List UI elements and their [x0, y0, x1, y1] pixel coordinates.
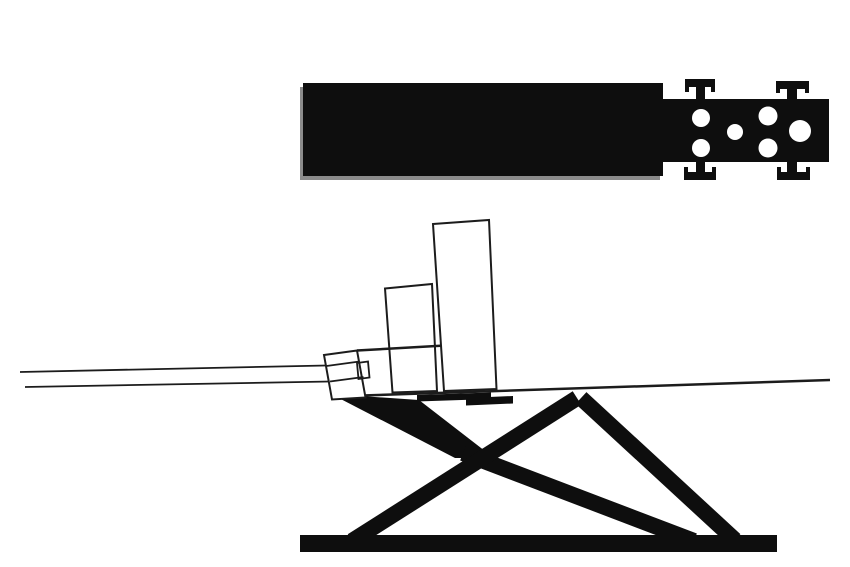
bolt-left-top-stem	[696, 85, 705, 101]
figure-canvas	[0, 0, 850, 567]
bolt-right-bottom-stem	[787, 160, 797, 174]
plate-hole-6	[789, 120, 811, 142]
plate-hole-1	[692, 109, 710, 127]
drawbar-bottom-line	[25, 382, 330, 388]
base-bar	[300, 535, 777, 552]
plate-hole-4	[759, 107, 778, 126]
boom-bar	[303, 83, 663, 176]
hitch-box	[324, 351, 366, 400]
drawbar-top-line	[20, 366, 326, 373]
technical-drawing	[0, 0, 850, 567]
plate-hole-5	[759, 139, 778, 158]
bolt-left-bottom-stem	[696, 160, 705, 174]
bolt-right-top-stem	[787, 87, 797, 101]
upright-box-medium	[385, 284, 437, 393]
truss-right-leg	[581, 398, 735, 540]
plate-hole-2	[692, 139, 710, 157]
plate-hole-3	[727, 124, 743, 140]
upright-box-tall	[433, 220, 497, 391]
